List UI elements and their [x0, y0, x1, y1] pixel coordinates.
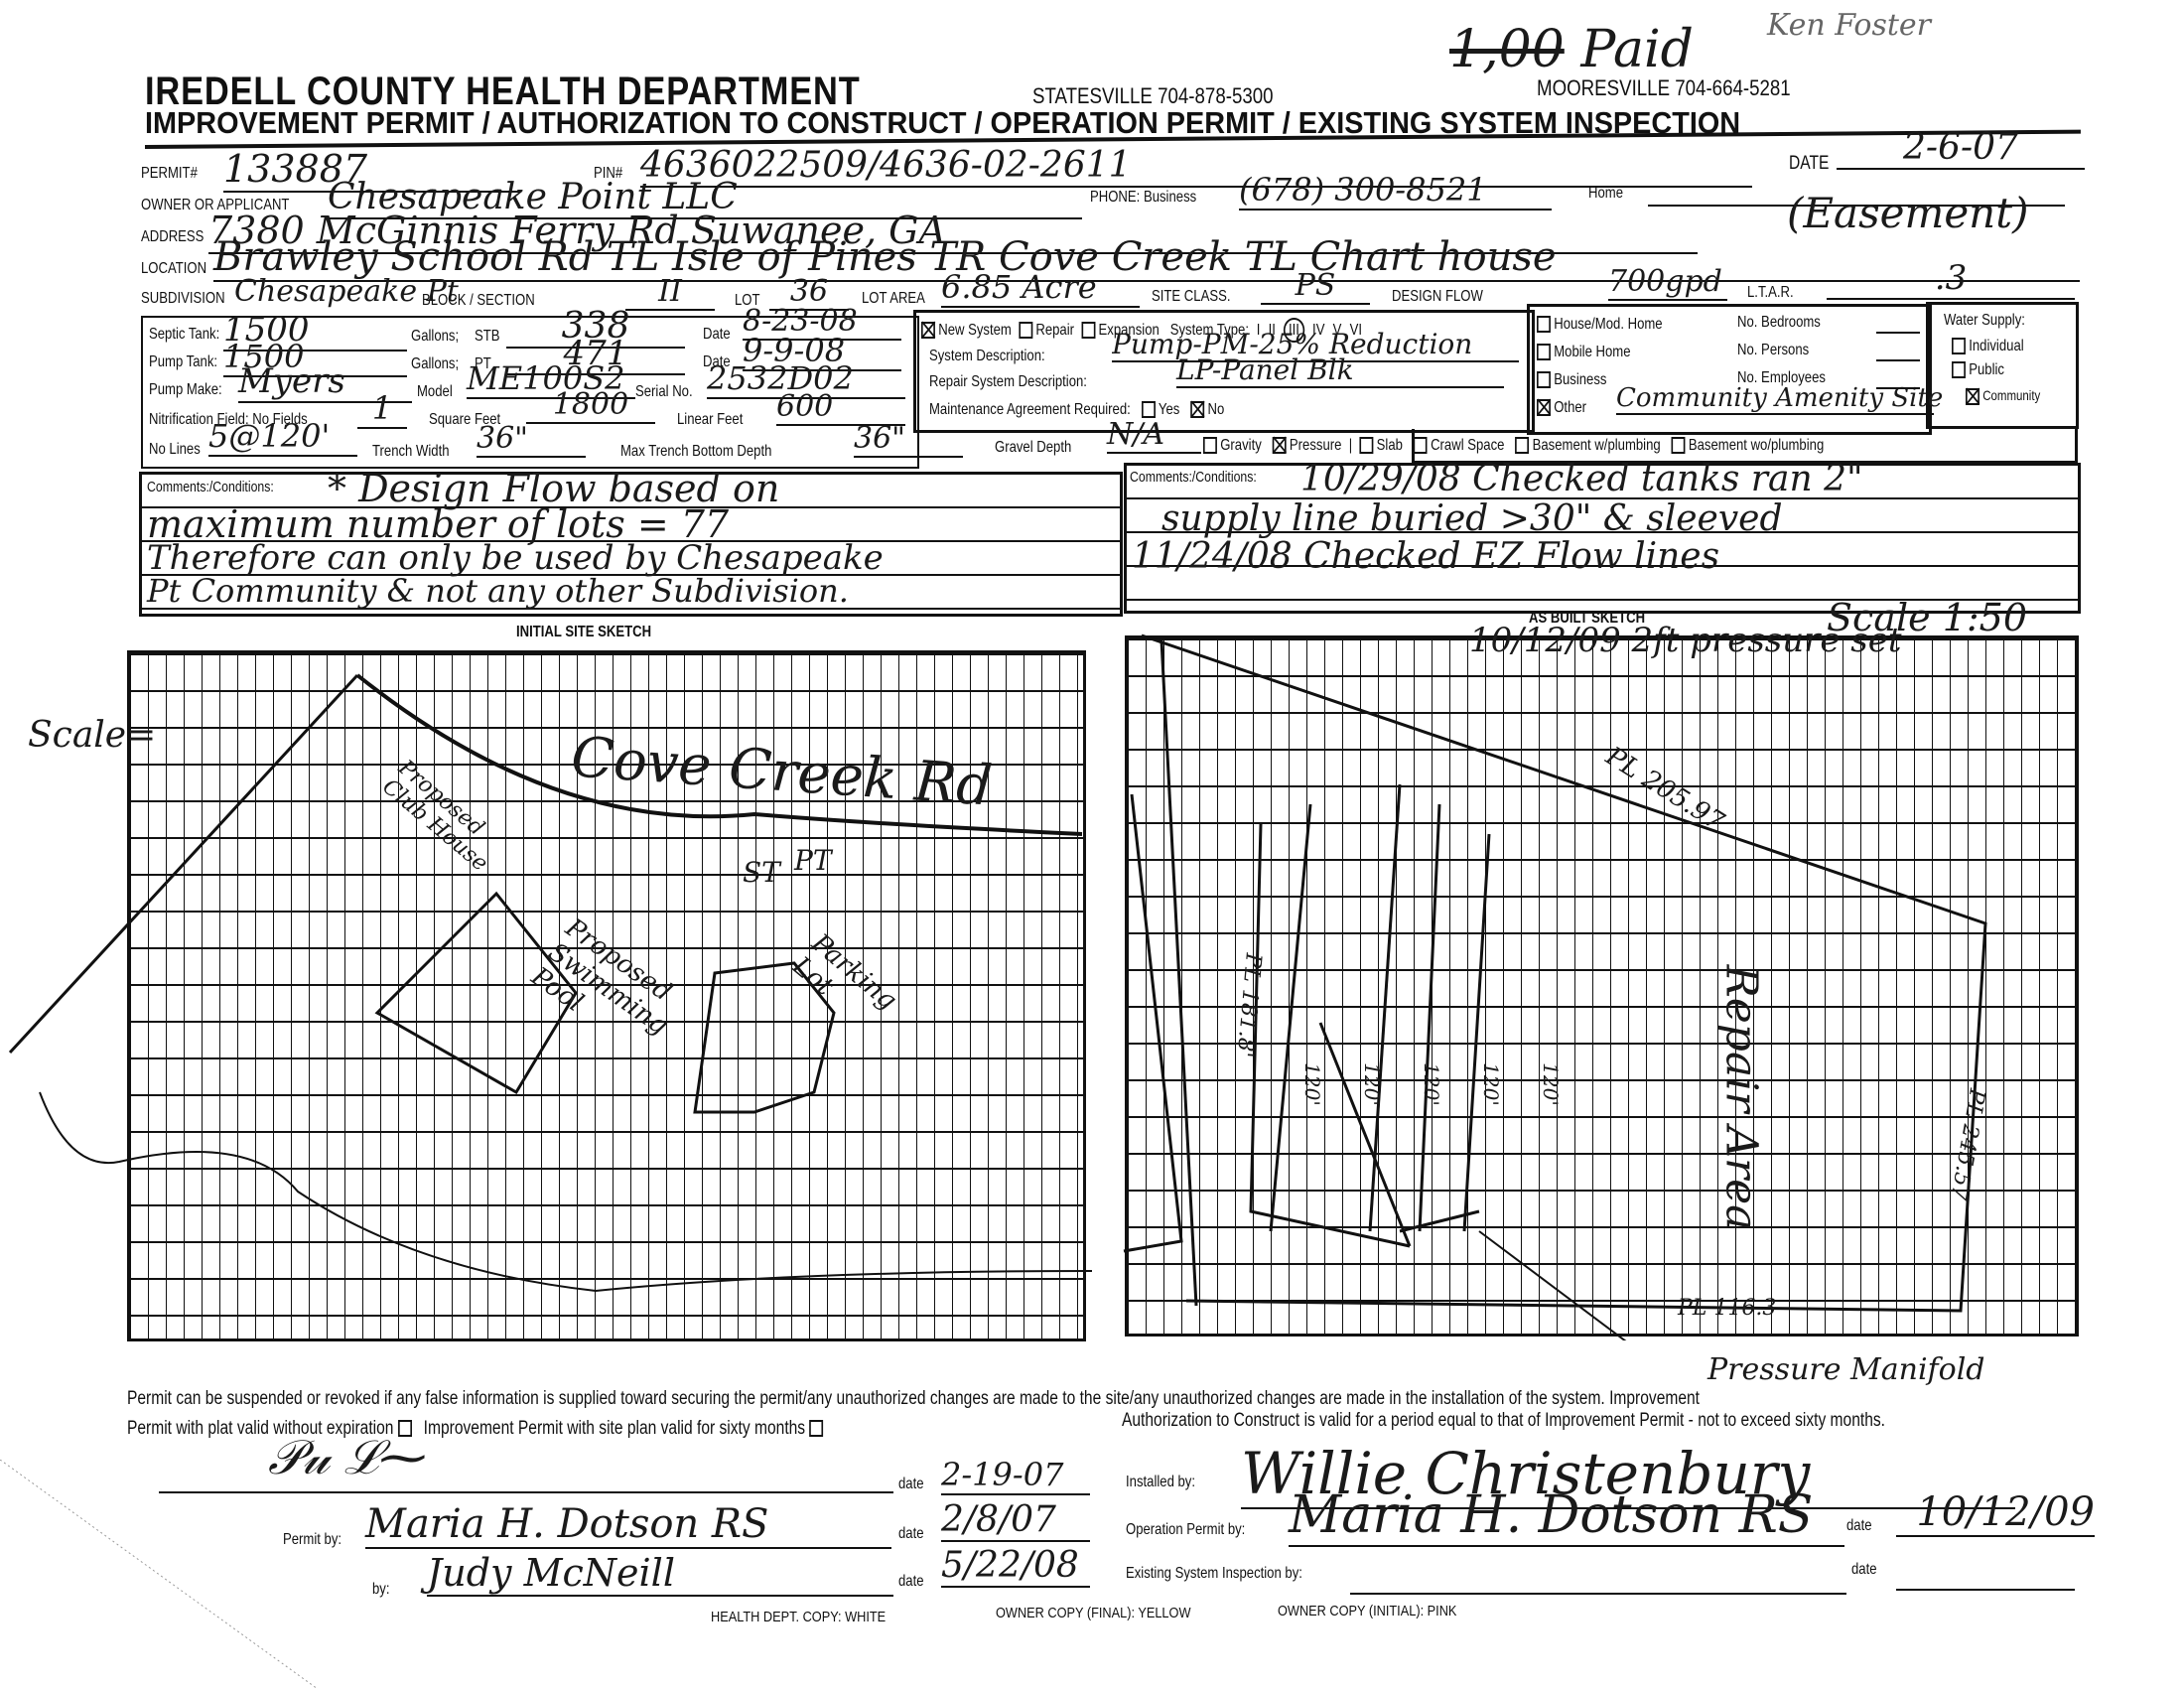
- sig3-label: by:: [372, 1581, 390, 1599]
- system-desc-label: System Description:: [929, 348, 1045, 365]
- existing-date-field[interactable]: [1896, 1579, 2075, 1591]
- expansion-checkbox[interactable]: [1081, 322, 1095, 339]
- comments-left-label: Comments:/Conditions:: [147, 479, 274, 495]
- business-label: Business: [1554, 371, 1606, 388]
- septic-tank-label: Septic Tank:: [149, 326, 219, 344]
- ltar-field[interactable]: .3: [1827, 258, 2075, 300]
- public-checkbox[interactable]: [1952, 361, 1966, 378]
- paid-annotation: 1,00 Paid: [1449, 20, 1694, 79]
- site-class-label: SITE CLASS.: [1152, 288, 1230, 306]
- as-built-line-3: 120': [1420, 1062, 1443, 1106]
- date-field[interactable]: 2-6-07: [1837, 127, 2085, 170]
- pressure-checkbox[interactable]: [1273, 437, 1287, 454]
- phone-business-field[interactable]: (678) 300-8521: [1239, 171, 1552, 211]
- date1-label: Date: [703, 326, 731, 344]
- community-option: Community: [1966, 387, 2040, 405]
- sig2-date-label: date: [898, 1525, 924, 1543]
- trench-width-label: Trench Width: [372, 443, 450, 461]
- stb-label: STB: [475, 328, 500, 346]
- maintenance-no-label: No: [1207, 401, 1224, 418]
- phone-business-label: PHONE: Business: [1090, 189, 1196, 207]
- permit-label: PERMIT#: [141, 165, 198, 183]
- pressure-label: Pressure: [1290, 437, 1342, 454]
- slab-checkbox[interactable]: [1359, 437, 1373, 454]
- address-label: ADDRESS: [141, 228, 204, 246]
- maintenance-row: Maintenance Agreement Required: Yes No: [929, 401, 1224, 419]
- repair-desc-label: Repair System Description:: [929, 373, 1087, 391]
- other-checkbox[interactable]: [1537, 399, 1551, 416]
- copy-white: HEALTH DEPT. COPY: WHITE: [711, 1609, 886, 1625]
- bedrooms-label: No. Bedrooms: [1737, 314, 1821, 332]
- comments-right-line-3: 11/24/08 Checked EZ Flow lines: [1132, 536, 1719, 577]
- individual-option: Individual: [1952, 338, 2024, 355]
- lot-area-field[interactable]: 6.85 Acre: [941, 268, 1140, 308]
- disclaimer-line-2c: Authorization to Construct is valid for …: [1122, 1410, 1885, 1432]
- as-built-line-1: 120': [1300, 1062, 1324, 1106]
- other-label: Other: [1554, 399, 1586, 416]
- employees-field[interactable]: [1876, 387, 1920, 389]
- max-depth-label: Max Trench Bottom Depth: [620, 443, 771, 461]
- operation-permit-field[interactable]: Maria H. Dotson RS: [1289, 1485, 1844, 1547]
- mobile-label: Mobile Home: [1554, 344, 1630, 360]
- operation-date-label: date: [1846, 1517, 1872, 1535]
- as-built-drawing: [1122, 626, 2085, 1340]
- initial-annotation-st: ST: [743, 856, 780, 889]
- subdivision-label: SUBDIVISION: [141, 290, 225, 308]
- gravity-label: Gravity: [1220, 437, 1262, 454]
- sig2-date-field[interactable]: 2/8/07: [941, 1499, 1090, 1542]
- sig3-field[interactable]: Judy McNeill: [427, 1551, 893, 1597]
- pump-tank-label: Pump Tank:: [149, 353, 217, 371]
- comments-right-label: Comments:/Conditions:: [1130, 469, 1257, 486]
- no-lines-label: No Lines: [149, 441, 201, 459]
- copy-pink: OWNER COPY (INITIAL): PINK: [1278, 1603, 1456, 1619]
- site-class-field[interactable]: PS: [1261, 268, 1370, 305]
- initial-annotation-pt: PT: [794, 844, 832, 877]
- new-system-checkbox[interactable]: [921, 322, 935, 339]
- persons-label: No. Persons: [1737, 342, 1809, 359]
- house-checkbox[interactable]: [1537, 316, 1551, 333]
- community-label: Community: [1982, 387, 2040, 403]
- house-option: House/Mod. Home: [1537, 316, 1663, 334]
- employees-label: No. Employees: [1737, 369, 1826, 387]
- sig3-date-field[interactable]: 5/22/08: [941, 1545, 1090, 1588]
- maintenance-yes-label: Yes: [1159, 401, 1179, 418]
- existing-date-label: date: [1851, 1561, 1877, 1579]
- mobile-checkbox[interactable]: [1537, 344, 1551, 360]
- maintenance-no-checkbox[interactable]: [1190, 401, 1204, 418]
- phone-home-label: Home: [1588, 185, 1623, 203]
- as-built-line-5: 120': [1539, 1062, 1563, 1106]
- mobile-option: Mobile Home: [1537, 344, 1631, 361]
- location-field[interactable]: Brawley School Rd TL Isle of Pines TR Co…: [213, 234, 2080, 282]
- sig1-date-label: date: [898, 1476, 924, 1493]
- ltar-label: L.T.A.R.: [1747, 284, 1794, 302]
- date-label: DATE: [1789, 153, 1829, 175]
- location-label: LOCATION: [141, 260, 206, 278]
- square-feet-field[interactable]: 1800: [526, 387, 655, 424]
- comments-right-line-1: 10/29/08 Checked tanks ran 2": [1300, 459, 1863, 499]
- persons-field[interactable]: [1876, 359, 1920, 361]
- comments-right-line-2: supply line buried >30" & sleeved: [1161, 498, 1783, 539]
- installed-by-label: Installed by:: [1126, 1474, 1195, 1491]
- name-annotation: Ken Foster: [1767, 8, 1931, 43]
- as-built-repair-area: Repair Area: [1715, 965, 1766, 1231]
- maintenance-yes-checkbox[interactable]: [1142, 401, 1156, 418]
- business-option: Business: [1537, 371, 1606, 389]
- sig3-date-label: date: [898, 1573, 924, 1591]
- other-option: Other: [1537, 399, 1586, 417]
- house-label: House/Mod. Home: [1554, 316, 1662, 333]
- repair-desc-field[interactable]: LP-Panel Blk: [1176, 353, 1504, 388]
- nitrification-field[interactable]: 1: [357, 389, 407, 429]
- as-built-pl-bottom: PL 116.3: [1678, 1296, 1776, 1321]
- gravity-checkbox[interactable]: [1203, 437, 1217, 454]
- as-built-line-4: 120': [1479, 1062, 1503, 1106]
- business-checkbox[interactable]: [1537, 371, 1551, 388]
- operation-permit-label: Operation Permit by:: [1126, 1521, 1245, 1539]
- linear-feet-label: Linear Feet: [677, 411, 743, 429]
- as-built-line-2: 120': [1360, 1062, 1384, 1106]
- individual-checkbox[interactable]: [1952, 338, 1966, 354]
- repair-label: Repair: [1035, 322, 1074, 339]
- bedrooms-field[interactable]: [1876, 332, 1920, 334]
- design-flow-label: DESIGN FLOW: [1392, 288, 1483, 306]
- site-plan-checkbox[interactable]: [809, 1420, 823, 1437]
- no-lines-field[interactable]: 5@120': [208, 417, 357, 457]
- sig2-field[interactable]: Maria H. Dotson RS: [365, 1501, 891, 1549]
- public-label: Public: [1969, 361, 2004, 378]
- mooresville-phone: MOORESVILLE 704-664-5281: [1537, 75, 1791, 101]
- slab-label: Slab: [1377, 437, 1403, 454]
- copy-yellow: OWNER COPY (FINAL): YELLOW: [996, 1605, 1190, 1621]
- disclaimer-line-1: Permit can be suspended or revoked if an…: [127, 1388, 1700, 1410]
- easement-note: (Easement): [1787, 189, 2029, 237]
- operation-date-field[interactable]: 10/12/09: [1896, 1489, 2095, 1537]
- community-checkbox[interactable]: [1966, 388, 1979, 405]
- existing-inspection-label: Existing System Inspection by:: [1126, 1565, 1302, 1583]
- individual-label: Individual: [1969, 338, 2023, 354]
- trench-width-field[interactable]: 36": [477, 421, 586, 458]
- public-option: Public: [1952, 361, 2004, 379]
- site-plan-option-label: Improvement Permit with site plan valid …: [424, 1418, 805, 1439]
- as-built-pressure-manifold: Pressure Manifold: [1707, 1352, 1985, 1387]
- pump-make-label: Pump Make:: [149, 381, 222, 399]
- maintenance-label: Maintenance Agreement Required:: [929, 401, 1131, 418]
- sig1-date-field[interactable]: 2-19-07: [941, 1456, 1090, 1495]
- gallons-label-2: Gallons;: [411, 355, 459, 373]
- water-supply-label: Water Supply:: [1944, 312, 2025, 330]
- design-flow-field[interactable]: 700gpd: [1608, 264, 1727, 301]
- repair-checkbox[interactable]: [1019, 322, 1032, 339]
- gallons-label-1: Gallons;: [411, 328, 459, 346]
- torn-corner: [0, 1460, 318, 1689]
- new-system-label: New System: [938, 322, 1012, 339]
- disclaimer-line-2: Permit with plat valid without expiratio…: [127, 1418, 827, 1440]
- model-label: Model: [417, 383, 453, 401]
- existing-inspection-field[interactable]: [1350, 1583, 1846, 1595]
- gravel-depth-label: Gravel Depth: [995, 439, 1071, 457]
- comments-left-line-4: Pt Community & not any other Subdivision…: [147, 572, 849, 610]
